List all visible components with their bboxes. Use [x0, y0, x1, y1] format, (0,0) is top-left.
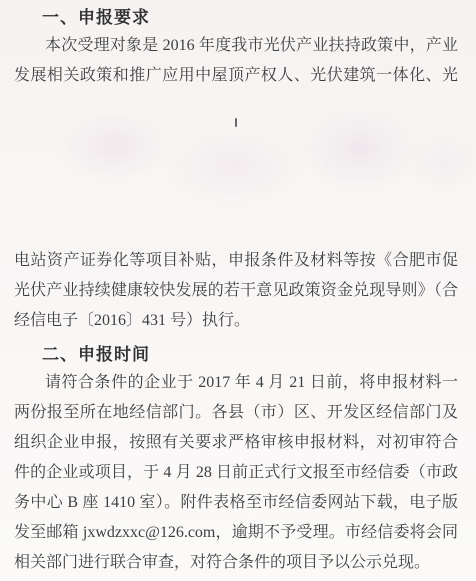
text-line: 件的企业或项目，于 4 月 28 日前正式行文报至市经信委（市政	[14, 458, 458, 488]
artifact-mark	[235, 118, 237, 127]
blank-image-gap	[14, 91, 458, 246]
faded-image-blotch	[404, 131, 476, 191]
text-line: 两份报至所在地经信部门。各县（市）区、开发区经信部门及时	[14, 398, 458, 428]
text-line: 请符合条件的企业于 2017 年 4 月 21 日前，将申报材料一式	[14, 368, 458, 398]
section-1-heading: 一、申报要求	[14, 5, 458, 31]
text-line: 本次受理对象是 2016 年度我市光伏产业扶持政策中，产业	[14, 31, 458, 61]
text-line: 光伏产业持续健康较快发展的若干意见政策资金兑现导则》（合	[14, 276, 458, 306]
text-line: 组织企业申报，按照有关要求严格审核申报材料，对初审符合条	[14, 428, 458, 458]
section-2-heading: 二、申报时间	[14, 342, 458, 368]
text-line: 务中心 B 座 1410 室）。附件表格至市经信委网站下载，电子版	[14, 488, 458, 518]
faded-image-blotch	[164, 126, 304, 206]
text-line: 经信电子〔2016〕431 号）执行。	[14, 306, 458, 336]
faded-image-blotch	[299, 106, 419, 191]
text-line: 电站资产证券化等项目补贴，申报条件及材料等按《合肥市促进	[14, 246, 458, 276]
text-line: 相关部门进行联合审查，对符合条件的项目予以公示兑现。	[14, 548, 458, 578]
document-page: 一、申报要求 本次受理对象是 2016 年度我市光伏产业扶持政策中，产业 发展相…	[0, 0, 476, 581]
faded-image-blotch	[59, 111, 169, 181]
text-line-with-email: 发至邮箱 jxwdzxxc@126.com，逾期不予受理。市经信委将会同	[14, 518, 458, 548]
text-line: 发展相关政策和推广应用中屋顶产权人、光伏建筑一体化、光伏	[14, 61, 458, 91]
